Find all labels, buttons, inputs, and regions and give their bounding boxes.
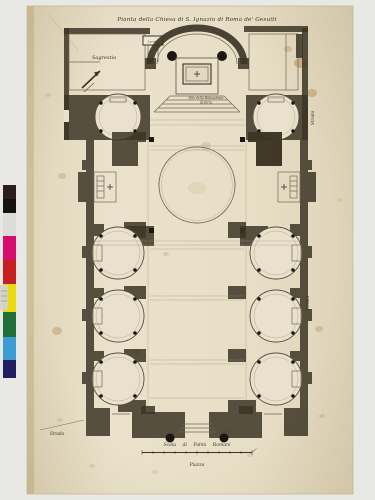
side-chapel — [250, 353, 302, 405]
archival-photograph: Pianta della Chiesa di S. Ignazio di Rom… — [0, 0, 375, 500]
porch-column — [166, 434, 175, 443]
altar-note-line1: Sito della Balaustrata — [188, 96, 223, 100]
color-patch — [3, 360, 16, 378]
scanned-plan-image: Pianta della Chiesa di S. Ignazio di Rom… — [0, 0, 375, 500]
color-patch — [3, 199, 16, 213]
porch-column — [220, 434, 229, 443]
color-patch — [3, 236, 16, 260]
side-chapel — [250, 290, 302, 342]
strip-sticker — [0, 285, 8, 310]
sagrestia-label: Sagrestia — [92, 55, 116, 61]
color-patch — [3, 260, 16, 284]
altar-note-line2: di ferro — [200, 101, 212, 105]
side-chapel — [250, 227, 302, 279]
color-patch — [3, 185, 16, 199]
piazza-label: Piazza — [189, 462, 205, 468]
strada-label-upper-right: Strada — [310, 110, 315, 125]
drawing-title: Pianta della Chiesa di S. Ignazio di Rom… — [116, 17, 276, 23]
color-patch — [3, 337, 16, 360]
apse-column — [217, 51, 227, 61]
color-patch — [3, 312, 16, 337]
color-patch — [3, 213, 16, 236]
side-chapel — [92, 353, 144, 405]
side-chapel — [92, 227, 144, 279]
strada-label-bottom-left: Strada — [50, 431, 65, 436]
side-chapel — [92, 290, 144, 342]
strada-label-lower-right: Strada — [305, 295, 310, 310]
scale-label: Scala di Palmi Romani — [163, 442, 231, 448]
apse-column — [167, 51, 177, 61]
